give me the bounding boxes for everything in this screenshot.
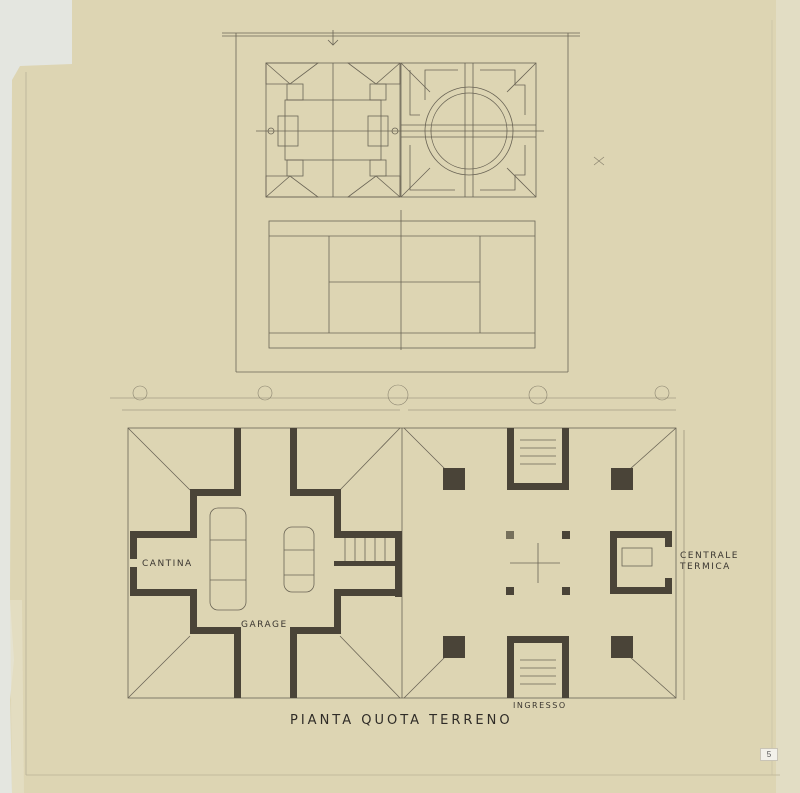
page-number-tag: 5 — [760, 748, 778, 761]
room-label-ingresso: INGRESSO — [513, 701, 567, 710]
room-label-termica: TERMICA — [680, 562, 731, 572]
room-label-cantina: CANTINA — [142, 559, 193, 569]
drawing-sheet: CANTINA GARAGE CENTRALE TERMICA INGRESSO… — [0, 0, 800, 793]
architectural-drawing — [0, 0, 800, 793]
room-label-centrale: CENTRALE — [680, 551, 739, 561]
room-label-garage: GARAGE — [241, 620, 288, 630]
drawing-title: PIANTA QUOTA TERRENO — [290, 713, 513, 728]
paper — [10, 0, 800, 793]
